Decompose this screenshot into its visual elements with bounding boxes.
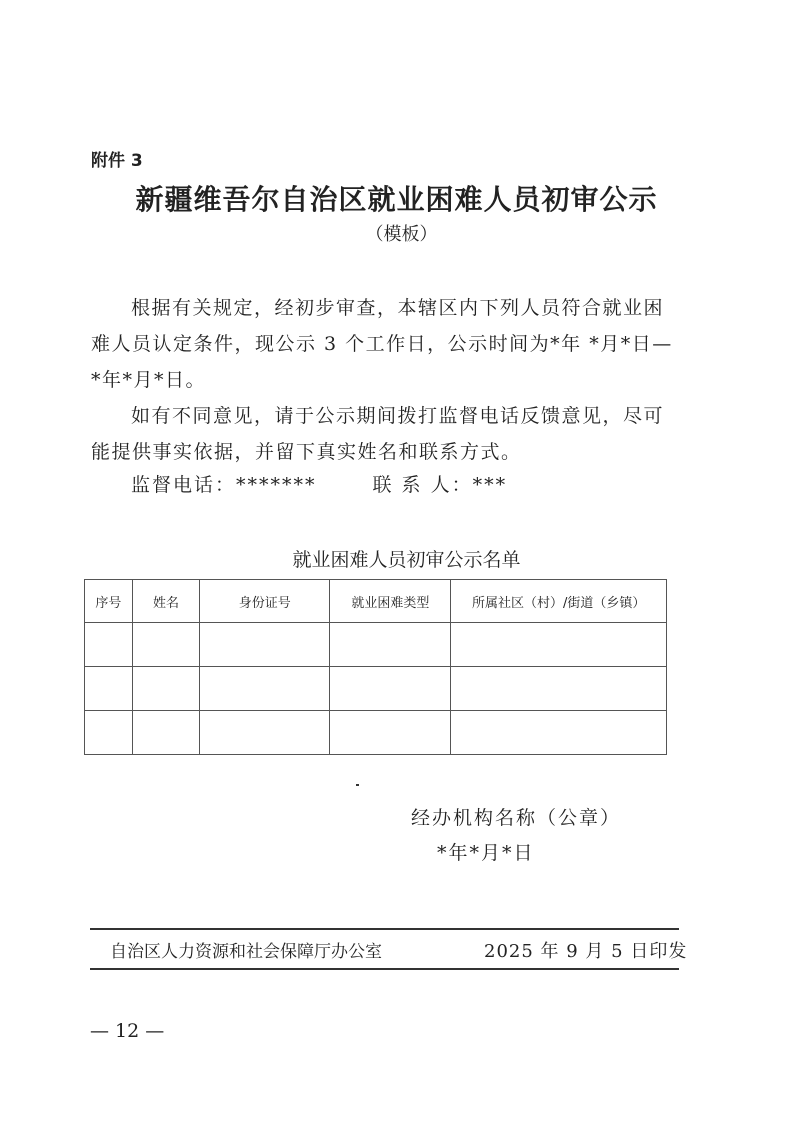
table-cell xyxy=(451,623,667,667)
document-subtitle: （模板） xyxy=(0,220,793,246)
attachment-label: 附件 3 xyxy=(91,146,143,171)
contact-line: 监督电话：*******联 系 人：*** xyxy=(131,470,507,497)
header-community: 所属社区（村）/街道（乡镇） xyxy=(451,580,667,623)
table-cell xyxy=(132,623,200,667)
header-id-number: 身份证号 xyxy=(200,580,330,623)
footer-top-rule xyxy=(90,928,679,930)
footer-issue-date: 2025 年 9 月 5 日印发 xyxy=(484,937,687,963)
document-title: 新疆维吾尔自治区就业困难人员初审公示 xyxy=(0,178,793,218)
table-cell xyxy=(132,667,200,711)
candidate-table: 序号 姓名 身份证号 就业困难类型 所属社区（村）/街道（乡镇） xyxy=(84,579,667,755)
contact-person-label: 联 系 人： xyxy=(373,474,473,496)
paragraph-notice: 根据有关规定，经初步审查，本辖区内下列人员符合就业困难人员认定条件，现公示 3 … xyxy=(91,290,681,398)
scan-speck xyxy=(356,784,359,786)
table-cell xyxy=(330,667,451,711)
footer-bottom-rule xyxy=(90,968,679,970)
table-cell xyxy=(85,667,133,711)
table-header-row: 序号 姓名 身份证号 就业困难类型 所属社区（村）/街道（乡镇） xyxy=(85,580,667,623)
footer-issuer: 自治区人力资源和社会保障厅办公室 xyxy=(110,937,382,962)
phone-label: 监督电话： xyxy=(131,474,236,496)
table-cell xyxy=(200,711,330,755)
header-difficulty-type: 就业困难类型 xyxy=(330,580,451,623)
table-cell xyxy=(451,667,667,711)
table-cell xyxy=(330,623,451,667)
table-row xyxy=(85,667,667,711)
phone-value: ******* xyxy=(236,474,317,496)
table-cell xyxy=(132,711,200,755)
table-row xyxy=(85,623,667,667)
table-cell xyxy=(85,623,133,667)
paragraph-feedback: 如有不同意见，请于公示期间拨打监督电话反馈意见，尽可能提供事实依据，并留下真实姓… xyxy=(91,398,681,470)
signature-organization: 经办机构名称（公章） xyxy=(411,803,621,830)
page-number: — 12 — xyxy=(90,1020,164,1042)
contact-person-value: *** xyxy=(473,474,508,496)
table-cell xyxy=(200,667,330,711)
header-index: 序号 xyxy=(85,580,133,623)
table-title: 就业困难人员初审公示名单 xyxy=(0,545,793,572)
table-cell xyxy=(451,711,667,755)
header-name: 姓名 xyxy=(132,580,200,623)
table-row xyxy=(85,711,667,755)
table-cell xyxy=(200,623,330,667)
table-cell xyxy=(85,711,133,755)
signature-date: *年*月*日 xyxy=(437,838,535,865)
table-cell xyxy=(330,711,451,755)
